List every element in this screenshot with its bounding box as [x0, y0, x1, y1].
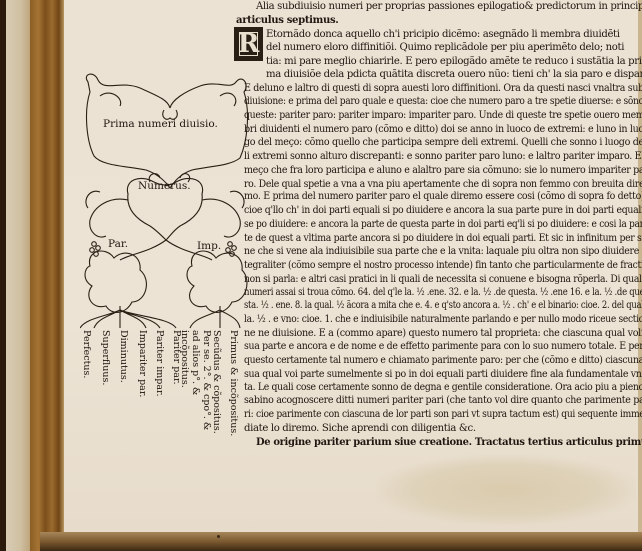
section-heading-line-2: articulus septimus. — [236, 14, 338, 29]
body-line-25: questo certamente tal numero e chiamato … — [244, 354, 642, 369]
diagram-imp-label: Imp. — [197, 240, 221, 252]
body-line-4: ma diuisiõe dela pdicta quãtita discreta… — [266, 68, 642, 83]
body-line-30: diate lo diremo. Siche aprendi con dilig… — [244, 422, 476, 437]
body-line-23: ne ne diuisione. E a (commo apare) quest… — [244, 327, 642, 342]
body-line-27: ta. Le quali cose certamente sonno de de… — [244, 381, 642, 396]
body-line-5: E deluno e laltro di questi di sopra aue… — [244, 82, 642, 97]
body-line-21: sta. ½ . ene. 8. la qual. ½ ãcora a mita… — [244, 299, 642, 314]
par-subdivision-5: Superfluus. — [100, 330, 111, 385]
par-subdivision-2: Pariter impar. — [154, 330, 165, 397]
body-line-8: bri diuidenti el numero paro (cõmo e dit… — [244, 123, 642, 138]
body-line-13: mo. E prima del numero pariter paro el q… — [244, 190, 642, 205]
diagram-par-label: Par. — [108, 238, 128, 250]
next-section-heading: De origine pariter parium siue creatione… — [256, 436, 642, 451]
paper-blemish — [217, 535, 220, 538]
body-line-16: te de quest a vltima parte ancora si po … — [244, 232, 642, 247]
body-line-14: cioe q'llo ch' in doi parti equali si po… — [244, 204, 642, 219]
par-subdivision-3: Impariter par. — [137, 330, 148, 397]
body-line-29: ri: cioe parimente con ciascuna de lor p… — [244, 408, 642, 423]
diagram-center-label: Numerus. — [138, 180, 191, 192]
preceding-page-edges — [6, 0, 30, 551]
par-subdivision-4: Diminutus. — [118, 330, 129, 383]
body-line-9: go del meço: cõmo quello che participa s… — [244, 136, 642, 151]
imp-subdivision-2: Secũdus & cõpositus. — [211, 330, 222, 434]
initial-border — [239, 32, 258, 56]
body-line-18: tegraliter (cõmo sempre el nostro proces… — [244, 259, 642, 274]
body-line-11: meço che fra loro participa e aluno e al… — [244, 164, 642, 179]
body-line-7: queste: pariter paro: pariter imparo: im… — [244, 109, 642, 124]
imp-subdivision-3: Per se. 2°. & cpo°. & ad alios p°. & inc… — [188, 330, 212, 440]
section-heading-line-1: Alia subdiuisio numeri per proprias pass… — [256, 0, 642, 15]
body-line-2: del numero eloro diffinitiõi. Quimo repl… — [266, 41, 624, 56]
par-subdivision-6: Perfectus. — [81, 330, 92, 378]
body-line-10: li extremi sonno alturo discrepanti: e s… — [244, 150, 642, 165]
book-bottom-edge — [40, 532, 642, 551]
decorated-initial: R — [234, 27, 263, 61]
body-line-17: ne che si vene ala indiuisibile sua part… — [244, 245, 642, 260]
body-line-15: se po diuidere: e ancora la parte de que… — [244, 218, 642, 233]
book-photo: Prima numeri diuisio. Numerus. Par. Imp.… — [0, 0, 642, 551]
body-line-6: diuisione: e prima del paro quale e ques… — [244, 95, 642, 110]
diagram-top-label: Prima numeri diuisio. — [103, 118, 218, 130]
water-stain — [376, 455, 636, 525]
body-line-19: non si parla: e altri casi pratici in li… — [244, 273, 642, 288]
imp-subdivision-1: Primus & incõpositus. — [228, 330, 239, 436]
body-line-24: sua parte e ancora e de nome e de effett… — [244, 340, 642, 355]
body-line-22: la. ½ . e vno: cioe. 1. che e indiuisibi… — [244, 313, 642, 328]
gutter-binding — [30, 0, 64, 551]
body-line-28: sabino acognoscere ditti numeri pariter … — [244, 394, 642, 409]
